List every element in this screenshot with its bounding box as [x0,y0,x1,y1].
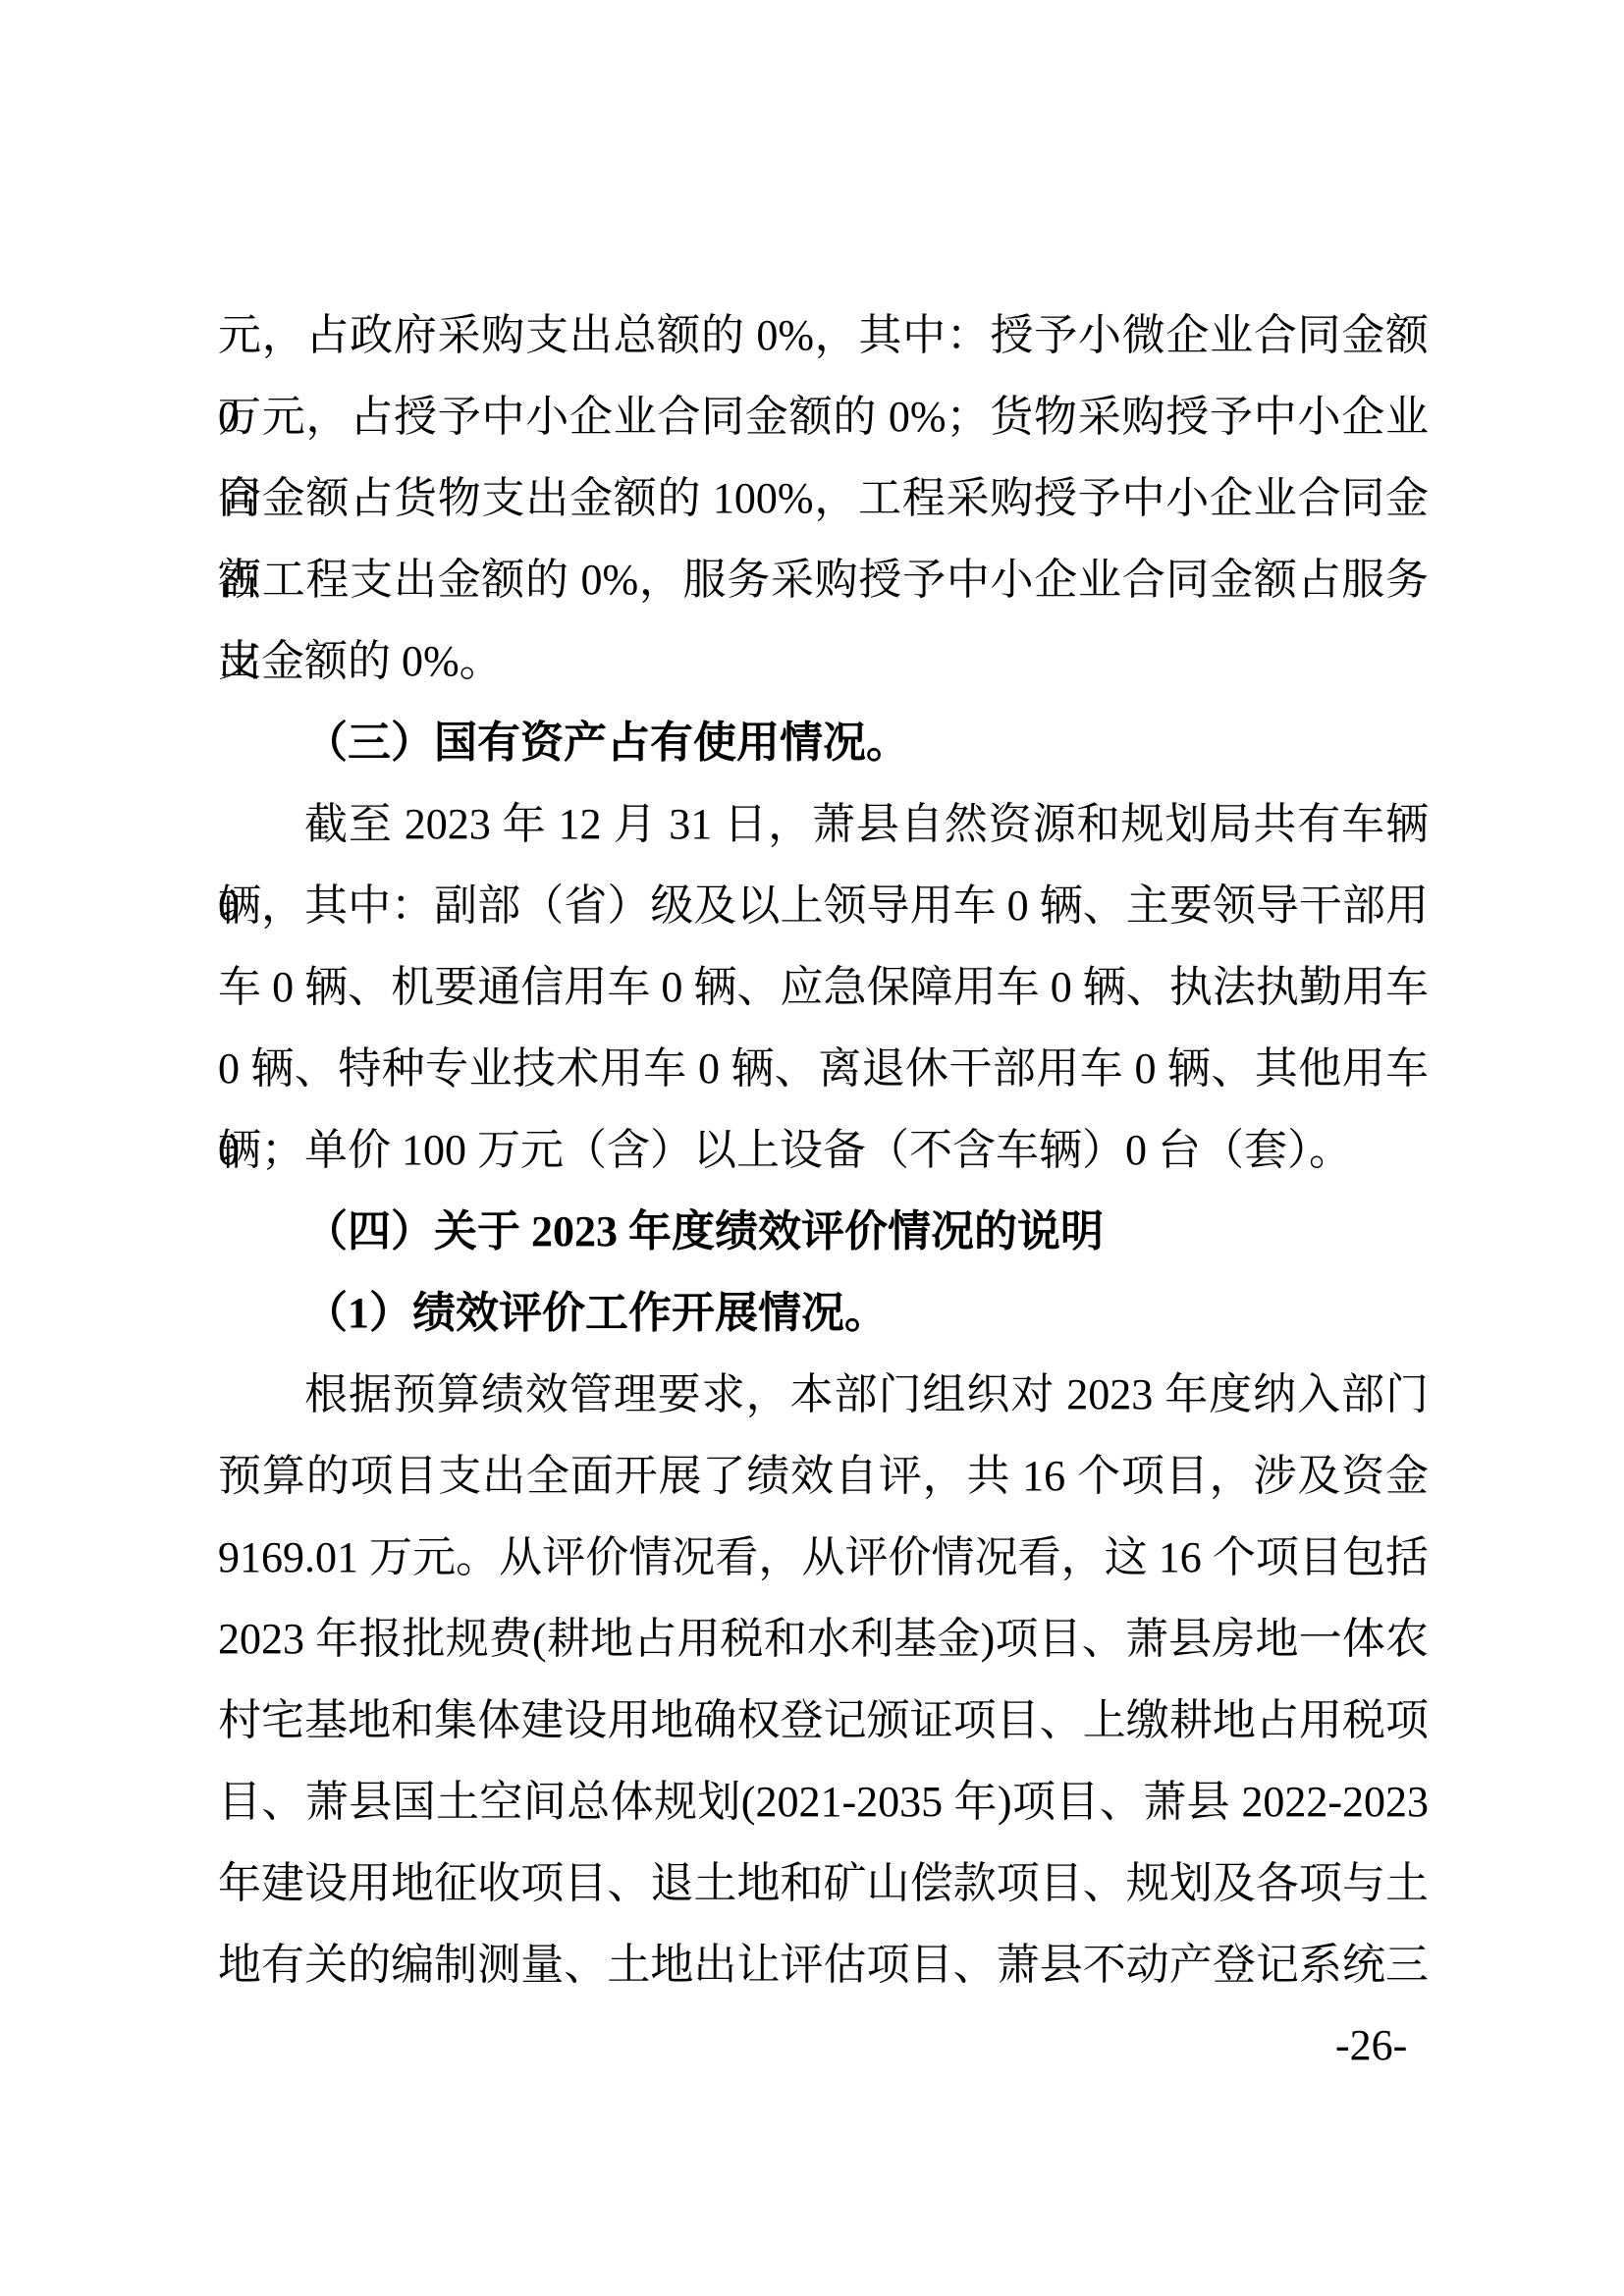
section-heading: （三）国有资产占有使用情况。 [218,702,1429,783]
text-line: 目、萧县国土空间总体规划(2021-2035 年)项目、萧县 2022-2023 [218,1761,1429,1842]
text-line: 占工程支出金额的 0%，服务采购授予中小企业合同金额占服务支 [218,539,1429,620]
text-line: 年建设用地征收项目、退土地和矿山偿款项目、规划及各项与土 [218,1842,1429,1924]
text-line: 预算的项目支出全面开展了绩效自评，共 16 个项目，涉及资金 [218,1435,1429,1517]
document-page: 元，占政府采购支出总额的 0%，其中：授予小微企业合同金额 0 万元，占授予中小… [0,0,1624,2296]
section-heading: （四）关于 2023 年度绩效评价情况的说明 [218,1191,1429,1272]
text-line: 辆，其中：副部（省）级及以上领导用车 0 辆、主要领导干部用 [218,865,1429,946]
text-line: 万元，占授予中小企业合同金额的 0%；货物采购授予中小企业合 [218,376,1429,457]
subsection-heading: （1）绩效评价工作开展情况。 [218,1272,1429,1354]
text-line: 0 辆、特种专业技术用车 0 辆、离退休干部用车 0 辆、其他用车 0 [218,1028,1429,1109]
page-number: -26- [1335,2020,1429,2071]
text-line: 9169.01 万元。从评价情况看，从评价情况看，这 16 个项目包括 [218,1517,1429,1598]
document-text: 元，占政府采购支出总额的 0%，其中：授予小微企业合同金额 0 万元，占授予中小… [218,294,1429,2005]
text-line: 截至 2023 年 12 月 31 日，萧县自然资源和规划局共有车辆 0 [218,783,1429,865]
text-line: 2023 年报批规费(耕地占用税和水利基金)项目、萧县房地一体农 [218,1598,1429,1680]
text-line: 地有关的编制测量、土地出让评估项目、萧县不动产登记系统三 [218,1924,1429,2005]
text-line: 元，占政府采购支出总额的 0%，其中：授予小微企业合同金额 0 [218,294,1429,376]
text-line: 辆；单价 100 万元（含）以上设备（不含车辆）0 台（套）。 [218,1109,1429,1191]
text-line: 村宅基地和集体建设用地确权登记颁证项目、上缴耕地占用税项 [218,1680,1429,1761]
text-line: 车 0 辆、机要通信用车 0 辆、应急保障用车 0 辆、执法执勤用车 [218,946,1429,1028]
text-line: 同金额占货物支出金额的 100%，工程采购授予中小企业合同金额 [218,457,1429,539]
text-line: 出金额的 0%。 [218,620,1429,702]
text-line: 根据预算绩效管理要求，本部门组织对 2023 年度纳入部门 [218,1354,1429,1435]
